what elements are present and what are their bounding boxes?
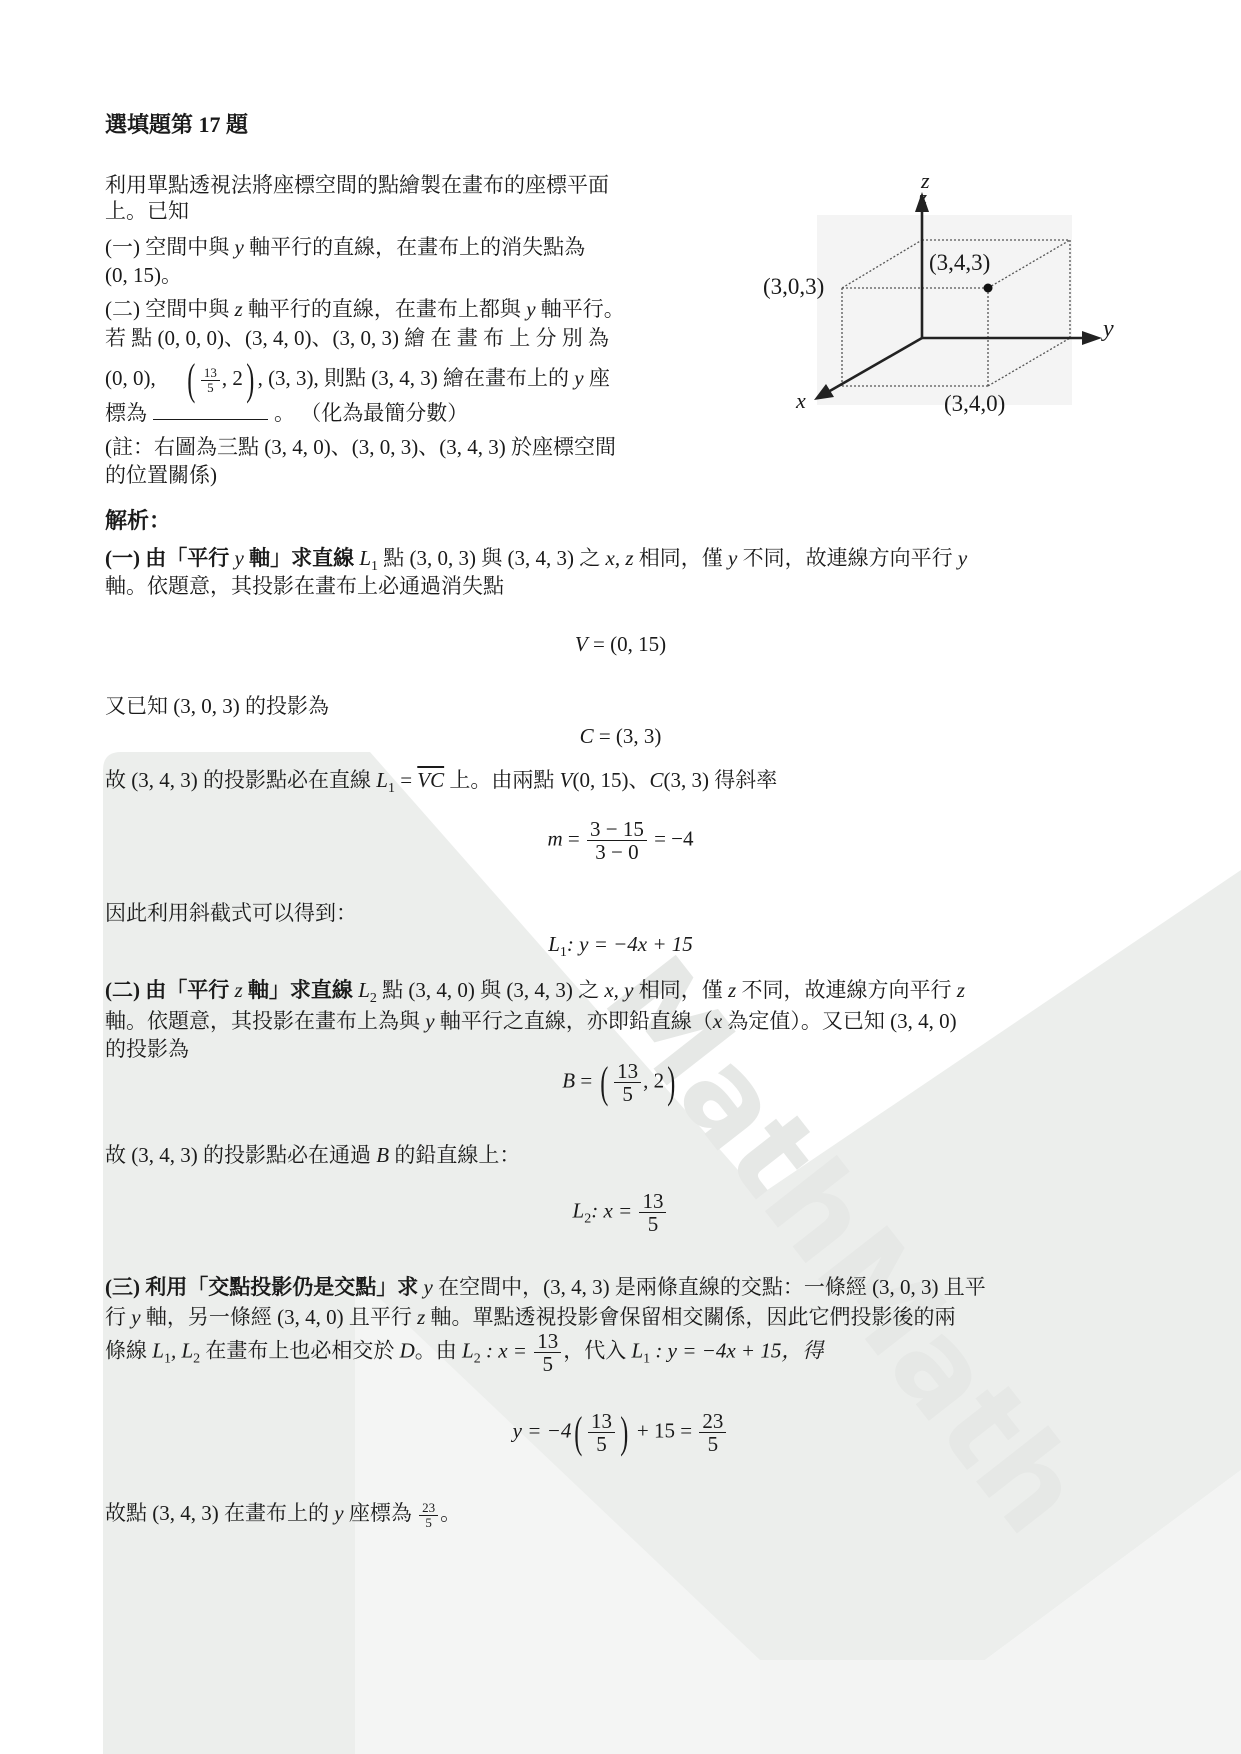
point-label-340: (3,4,0)	[944, 391, 1005, 417]
equation-slope: m = 3 − 153 − 0 = −4	[0, 818, 1241, 863]
question-line-1: 利用單點透視法將座標空間的點繪製在畫布的座標平面	[105, 172, 609, 198]
axis-label-z: z	[921, 168, 930, 194]
solution-line-vc: 故 (3, 4, 3) 的投影點必在直線 L1 = VC 上。由兩點 V(0, …	[105, 767, 777, 802]
question-line-4: (0, 15)。	[105, 262, 182, 288]
answer-blank[interactable]	[153, 401, 268, 420]
question-line-7: (0, 0), (135, 2), (3, 3), 則點 (3, 4, 3) 繪…	[105, 358, 610, 402]
solution-part2-line2: 軸。依題意，其投影在畫布上為與 y 軸平行之直線，亦即鉛直線（x 為定值）。又已…	[105, 1008, 957, 1034]
page-title: 選填題第 17 題	[105, 108, 248, 139]
equation-l2: L2: x = 135	[0, 1190, 1241, 1235]
equation-final: y = −4(135) + 15 = 235	[0, 1410, 1241, 1455]
question-line-6: 若 點 (0, 0, 0)、(3, 4, 0)、(3, 0, 3) 繪 在 畫 …	[105, 325, 609, 351]
axis-label-y: y	[1103, 316, 1114, 343]
question-note-2: 的位置關係)	[105, 462, 217, 488]
solution-part1-line2: 軸。依題意，其投影在畫布上必通過消失點	[105, 573, 504, 599]
solution-part2-line3: 的投影為	[105, 1036, 189, 1062]
question-line-8: 標為。 （化為最簡分數）	[105, 400, 468, 426]
question-line-3: (一) 空間中與 y 軸平行的直線，在畫布上的消失點為	[105, 234, 585, 260]
equation-b: B = (135, 2)	[0, 1060, 1241, 1105]
solution-vertical-line: 故 (3, 4, 3) 的投影點必在通過 B 的鉛直線上：	[105, 1142, 520, 1168]
solution-part3-line1: (三) 利用「交點投影仍是交點」求 y 在空間中，(3, 4, 3) 是兩條直線…	[105, 1274, 986, 1300]
solution-part3-line3: 條線 L1, L2 在畫布上也必相交於 D。由 L2 : x = 135，代入 …	[105, 1330, 823, 1375]
equation-vanishing-point: V = (0, 15)	[0, 632, 1241, 657]
solution-part2-line1: (二) 由「平行 z 軸」求直線 L2 點 (3, 4, 0) 與 (3, 4,…	[105, 977, 965, 1012]
solution-heading: 解析：	[105, 508, 171, 534]
solution-part3-line2: 行 y 軸，另一條經 (3, 4, 0) 且平行 z 軸。單點透視投影會保留相交…	[105, 1304, 956, 1330]
solution-known-c: 又已知 (3, 0, 3) 的投影為	[105, 693, 329, 719]
equation-c: C = (3, 3)	[0, 724, 1241, 749]
question-line-2: 上。已知	[105, 198, 189, 224]
equation-l1: L1: y = −4x + 15	[0, 932, 1241, 961]
solution-conclusion: 故點 (3, 4, 3) 在畫布上的 y 座標為 235。	[105, 1500, 461, 1529]
point-label-303: (3,0,3)	[763, 274, 824, 300]
point-label-343: (3,4,3)	[929, 250, 990, 276]
axis-label-x: x	[796, 388, 806, 414]
question-line-5: (二) 空間中與 z 軸平行的直線，在畫布上都與 y 軸平行。	[105, 296, 625, 322]
question-note-1: (註：右圖為三點 (3, 4, 0)、(3, 0, 3)、(3, 4, 3) 於…	[105, 434, 616, 460]
solution-intercept-text: 因此利用斜截式可以得到：	[105, 900, 357, 926]
